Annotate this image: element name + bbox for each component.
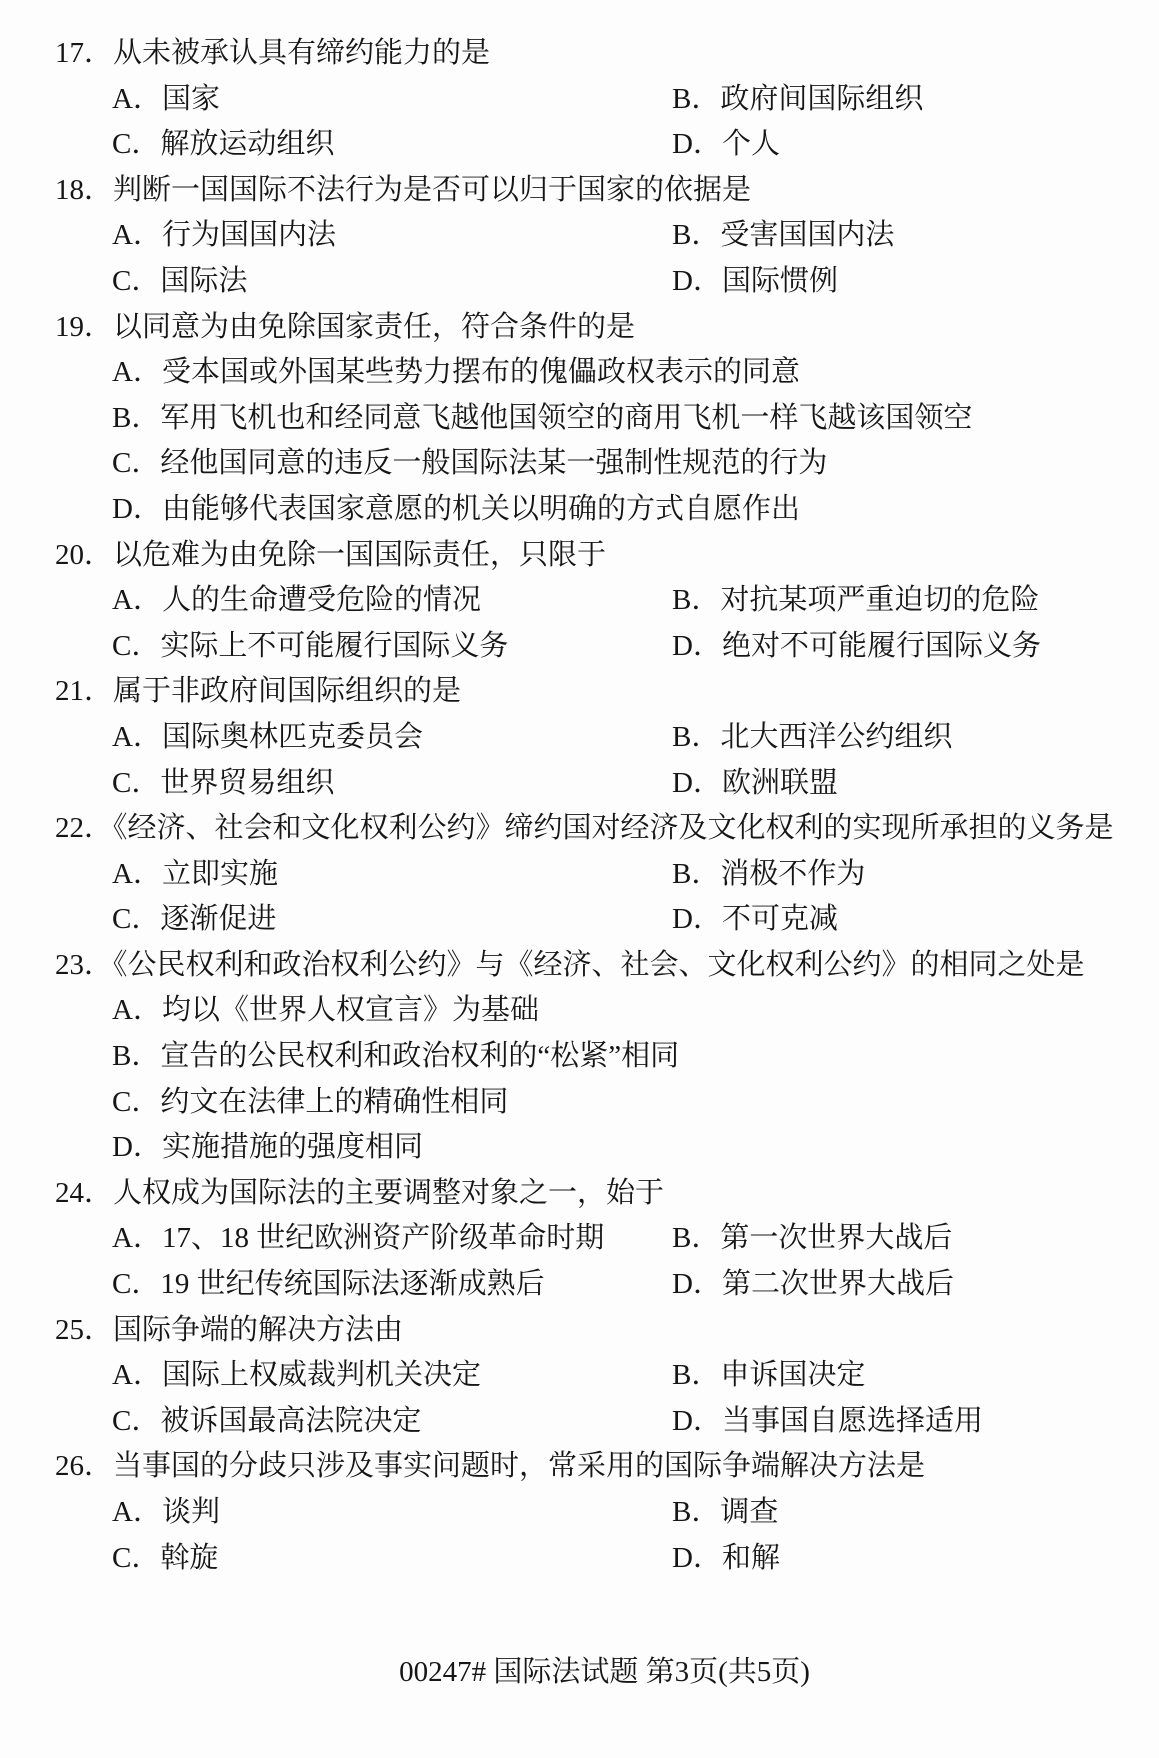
option-c: C．被诉国最高法院决定 bbox=[112, 1399, 672, 1445]
options-list: A．受本国或外国某些势力摆布的傀儡政权表示的同意 B．军用飞机也和经同意飞越他国… bbox=[0, 350, 1159, 532]
option-label: A． bbox=[112, 994, 162, 1026]
question-stem: 23．《公民权利和政治权利公约》与《经济、社会、文化权利公约》的相同之处是 bbox=[0, 943, 1159, 989]
option-label: D． bbox=[672, 767, 722, 799]
option-text: 17、18 世纪欧洲资产阶级革命时期 bbox=[162, 1222, 604, 1254]
option-text: 申诉国决定 bbox=[720, 1359, 865, 1391]
option-label: C． bbox=[112, 1405, 160, 1437]
question-number: 17． bbox=[55, 37, 113, 69]
option-label: D． bbox=[112, 1131, 162, 1163]
option-text: 军用飞机也和经同意飞越他国领空的商用飞机一样飞越该国领空 bbox=[160, 402, 972, 434]
question-text: 以同意为由免除国家责任，符合条件的是 bbox=[113, 311, 635, 343]
footer-text: 00247# 国际法试题 第3页(共5页) bbox=[399, 1656, 810, 1688]
question-17: 17．从未被承认具有缔约能力的是 A．国家 B．政府间国际组织 C．解放运动组织… bbox=[0, 31, 1159, 168]
option-text: 斡旋 bbox=[160, 1542, 218, 1574]
options-grid: A．谈判 B．调查 C．斡旋 D．和解 bbox=[0, 1490, 1159, 1581]
option-label: A． bbox=[112, 83, 162, 115]
question-number: 22． bbox=[55, 812, 113, 844]
option-d: D．实施措施的强度相同 bbox=[112, 1125, 1119, 1171]
option-b: B．军用飞机也和经同意飞越他国领空的商用飞机一样飞越该国领空 bbox=[112, 396, 1119, 442]
option-text: 当事国自愿选择适用 bbox=[722, 1405, 983, 1437]
question-21: 21．属于非政府间国际组织的是 A．国际奥林匹克委员会 B．北大西洋公约组织 C… bbox=[0, 669, 1159, 806]
option-text: 欧洲联盟 bbox=[722, 767, 838, 799]
question-number: 23． bbox=[55, 949, 113, 981]
question-list: 17．从未被承认具有缔约能力的是 A．国家 B．政府间国际组织 C．解放运动组织… bbox=[0, 0, 1159, 1581]
option-label: C． bbox=[112, 1542, 160, 1574]
option-text: 世界贸易组织 bbox=[160, 767, 334, 799]
option-label: C． bbox=[112, 903, 160, 935]
option-c: C．解放运动组织 bbox=[112, 122, 672, 168]
option-label: D． bbox=[672, 128, 722, 160]
question-text: 当事国的分歧只涉及事实问题时，常采用的国际争端解决方法是 bbox=[113, 1450, 925, 1482]
option-text: 宣告的公民权利和政治权利的“松紧”相同 bbox=[160, 1040, 679, 1072]
option-text: 国际惯例 bbox=[722, 265, 838, 297]
options-list: A．均以《世界人权宣言》为基础 B．宣告的公民权利和政治权利的“松紧”相同 C．… bbox=[0, 988, 1159, 1170]
question-stem: 20．以危难为由免除一国国际责任，只限于 bbox=[0, 533, 1159, 579]
question-text: 《经济、社会和文化权利公约》缔约国对经济及文化权利的实现所承担的义务是 bbox=[113, 812, 1114, 844]
option-label: B． bbox=[112, 1040, 160, 1072]
question-stem: 24．人权成为国际法的主要调整对象之一，始于 bbox=[0, 1171, 1159, 1217]
option-label: D． bbox=[672, 903, 722, 935]
option-label: B． bbox=[672, 83, 720, 115]
option-label: C． bbox=[112, 1268, 160, 1300]
option-d: D．欧洲联盟 bbox=[672, 761, 1119, 807]
question-text: 人权成为国际法的主要调整对象之一，始于 bbox=[113, 1177, 664, 1209]
option-a: A．均以《世界人权宣言》为基础 bbox=[112, 988, 1119, 1034]
option-label: C． bbox=[112, 447, 160, 479]
option-c: C．实际上不可能履行国际义务 bbox=[112, 624, 672, 670]
option-text: 实际上不可能履行国际义务 bbox=[160, 630, 508, 662]
option-text: 国家 bbox=[162, 83, 220, 115]
option-text: 国际奥林匹克委员会 bbox=[162, 721, 423, 753]
question-26: 26．当事国的分歧只涉及事实问题时，常采用的国际争端解决方法是 A．谈判 B．调… bbox=[0, 1444, 1159, 1581]
option-text: 约文在法律上的精确性相同 bbox=[160, 1086, 508, 1118]
question-text: 属于非政府间国际组织的是 bbox=[113, 675, 461, 707]
question-number: 20． bbox=[55, 539, 113, 571]
question-stem: 26．当事国的分歧只涉及事实问题时，常采用的国际争端解决方法是 bbox=[0, 1444, 1159, 1490]
option-text: 北大西洋公约组织 bbox=[720, 721, 952, 753]
option-text: 消极不作为 bbox=[720, 858, 865, 890]
option-text: 逐渐促进 bbox=[160, 903, 276, 935]
option-b: B．对抗某项严重迫切的危险 bbox=[672, 578, 1119, 624]
question-stem: 17．从未被承认具有缔约能力的是 bbox=[0, 31, 1159, 77]
option-text: 不可克减 bbox=[722, 903, 838, 935]
option-text: 均以《世界人权宣言》为基础 bbox=[162, 994, 539, 1026]
option-a: A．国际奥林匹克委员会 bbox=[112, 715, 672, 761]
option-text: 调查 bbox=[720, 1496, 778, 1528]
option-label: B． bbox=[672, 1222, 720, 1254]
options-grid: A．立即实施 B．消极不作为 C．逐渐促进 D．不可克减 bbox=[0, 852, 1159, 943]
question-number: 25． bbox=[55, 1314, 113, 1346]
option-a: A．受本国或外国某些势力摆布的傀儡政权表示的同意 bbox=[112, 350, 1119, 396]
question-20: 20．以危难为由免除一国国际责任，只限于 A．人的生命遭受危险的情况 B．对抗某… bbox=[0, 533, 1159, 670]
question-22: 22．《经济、社会和文化权利公约》缔约国对经济及文化权利的实现所承担的义务是 A… bbox=[0, 806, 1159, 943]
question-number: 19． bbox=[55, 311, 113, 343]
option-label: A． bbox=[112, 219, 162, 251]
option-c: C．国际法 bbox=[112, 259, 672, 305]
options-grid: A．17、18 世纪欧洲资产阶级革命时期 B．第一次世界大战后 C．19 世纪传… bbox=[0, 1216, 1159, 1307]
option-d: D．不可克减 bbox=[672, 897, 1119, 943]
option-label: C． bbox=[112, 630, 160, 662]
option-label: A． bbox=[112, 858, 162, 890]
question-number: 26． bbox=[55, 1450, 113, 1482]
option-a: A．17、18 世纪欧洲资产阶级革命时期 bbox=[112, 1216, 672, 1262]
option-label: D． bbox=[672, 1405, 722, 1437]
option-label: B． bbox=[672, 584, 720, 616]
option-b: B．申诉国决定 bbox=[672, 1353, 1119, 1399]
options-grid: A．行为国国内法 B．受害国国内法 C．国际法 D．国际惯例 bbox=[0, 213, 1159, 304]
option-a: A．行为国国内法 bbox=[112, 213, 672, 259]
option-label: B． bbox=[112, 402, 160, 434]
option-d: D．绝对不可能履行国际义务 bbox=[672, 624, 1119, 670]
option-text: 解放运动组织 bbox=[160, 128, 334, 160]
option-a: A．谈判 bbox=[112, 1490, 672, 1536]
option-text: 人的生命遭受危险的情况 bbox=[162, 584, 481, 616]
option-label: B． bbox=[672, 1496, 720, 1528]
option-text: 绝对不可能履行国际义务 bbox=[722, 630, 1041, 662]
question-number: 18． bbox=[55, 174, 113, 206]
question-number: 24． bbox=[55, 1177, 113, 1209]
option-label: A． bbox=[112, 1496, 162, 1528]
option-label: C． bbox=[112, 767, 160, 799]
option-b: B．政府间国际组织 bbox=[672, 77, 1119, 123]
option-text: 由能够代表国家意愿的机关以明确的方式自愿作出 bbox=[162, 493, 800, 525]
option-label: B． bbox=[672, 721, 720, 753]
option-a: A．人的生命遭受危险的情况 bbox=[112, 578, 672, 624]
option-text: 受害国国内法 bbox=[720, 219, 894, 251]
exam-page: 17．从未被承认具有缔约能力的是 A．国家 B．政府间国际组织 C．解放运动组织… bbox=[0, 0, 1159, 1758]
option-text: 19 世纪传统国际法逐渐成熟后 bbox=[160, 1268, 544, 1300]
options-grid: A．国际上权威裁判机关决定 B．申诉国决定 C．被诉国最高法院决定 D．当事国自… bbox=[0, 1353, 1159, 1444]
option-text: 个人 bbox=[722, 128, 780, 160]
option-label: A． bbox=[112, 1359, 162, 1391]
option-a: A．立即实施 bbox=[112, 852, 672, 898]
question-stem: 21．属于非政府间国际组织的是 bbox=[0, 669, 1159, 715]
option-b: B．消极不作为 bbox=[672, 852, 1119, 898]
option-label: B． bbox=[672, 858, 720, 890]
option-b: B．受害国国内法 bbox=[672, 213, 1119, 259]
option-c: C．斡旋 bbox=[112, 1536, 672, 1582]
question-stem: 19．以同意为由免除国家责任，符合条件的是 bbox=[0, 305, 1159, 351]
option-text: 受本国或外国某些势力摆布的傀儡政权表示的同意 bbox=[162, 356, 800, 388]
option-label: A． bbox=[112, 721, 162, 753]
option-c: C．经他国同意的违反一般国际法某一强制性规范的行为 bbox=[112, 441, 1119, 487]
option-d: D．第二次世界大战后 bbox=[672, 1262, 1119, 1308]
option-label: D． bbox=[672, 1268, 722, 1300]
question-25: 25．国际争端的解决方法由 A．国际上权威裁判机关决定 B．申诉国决定 C．被诉… bbox=[0, 1308, 1159, 1445]
options-grid: A．人的生命遭受危险的情况 B．对抗某项严重迫切的危险 C．实际上不可能履行国际… bbox=[0, 578, 1159, 669]
option-text: 经他国同意的违反一般国际法某一强制性规范的行为 bbox=[160, 447, 827, 479]
question-text: 国际争端的解决方法由 bbox=[113, 1314, 403, 1346]
option-b: B．宣告的公民权利和政治权利的“松紧”相同 bbox=[112, 1034, 1119, 1080]
options-grid: A．国家 B．政府间国际组织 C．解放运动组织 D．个人 bbox=[0, 77, 1159, 168]
question-stem: 22．《经济、社会和文化权利公约》缔约国对经济及文化权利的实现所承担的义务是 bbox=[0, 806, 1159, 852]
option-text: 政府间国际组织 bbox=[720, 83, 923, 115]
option-b: B．第一次世界大战后 bbox=[672, 1216, 1119, 1262]
option-text: 第一次世界大战后 bbox=[720, 1222, 952, 1254]
option-b: B．北大西洋公约组织 bbox=[672, 715, 1119, 761]
option-label: A． bbox=[112, 356, 162, 388]
option-c: C．19 世纪传统国际法逐渐成熟后 bbox=[112, 1262, 672, 1308]
option-label: A． bbox=[112, 1222, 162, 1254]
question-18: 18．判断一国国际不法行为是否可以归于国家的依据是 A．行为国国内法 B．受害国… bbox=[0, 168, 1159, 305]
option-text: 和解 bbox=[722, 1542, 780, 1574]
question-text: 从未被承认具有缔约能力的是 bbox=[113, 37, 490, 69]
question-19: 19．以同意为由免除国家责任，符合条件的是 A．受本国或外国某些势力摆布的傀儡政… bbox=[0, 305, 1159, 533]
option-label: C． bbox=[112, 265, 160, 297]
options-grid: A．国际奥林匹克委员会 B．北大西洋公约组织 C．世界贸易组织 D．欧洲联盟 bbox=[0, 715, 1159, 806]
option-c: C．约文在法律上的精确性相同 bbox=[112, 1080, 1119, 1126]
question-text: 《公民权利和政治权利公约》与《经济、社会、文化权利公约》的相同之处是 bbox=[113, 949, 1085, 981]
option-text: 国际上权威裁判机关决定 bbox=[162, 1359, 481, 1391]
option-text: 第二次世界大战后 bbox=[722, 1268, 954, 1300]
option-a: A．国家 bbox=[112, 77, 672, 123]
option-label: D． bbox=[672, 630, 722, 662]
option-label: D． bbox=[672, 1542, 722, 1574]
question-number: 21． bbox=[55, 675, 113, 707]
option-c: C．逐渐促进 bbox=[112, 897, 672, 943]
question-23: 23．《公民权利和政治权利公约》与《经济、社会、文化权利公约》的相同之处是 A．… bbox=[0, 943, 1159, 1171]
option-text: 被诉国最高法院决定 bbox=[160, 1405, 421, 1437]
page-footer: 00247# 国际法试题 第3页(共5页) bbox=[0, 1650, 1159, 1696]
option-text: 实施措施的强度相同 bbox=[162, 1131, 423, 1163]
option-label: B． bbox=[672, 219, 720, 251]
question-text: 以危难为由免除一国国际责任，只限于 bbox=[113, 539, 606, 571]
question-stem: 25．国际争端的解决方法由 bbox=[0, 1308, 1159, 1354]
option-label: D． bbox=[112, 493, 162, 525]
option-label: A． bbox=[112, 584, 162, 616]
option-b: B．调查 bbox=[672, 1490, 1119, 1536]
option-d: D．当事国自愿选择适用 bbox=[672, 1399, 1119, 1445]
option-c: C．世界贸易组织 bbox=[112, 761, 672, 807]
option-text: 行为国国内法 bbox=[162, 219, 336, 251]
question-stem: 18．判断一国国际不法行为是否可以归于国家的依据是 bbox=[0, 168, 1159, 214]
option-text: 谈判 bbox=[162, 1496, 220, 1528]
option-d: D．个人 bbox=[672, 122, 1119, 168]
option-text: 国际法 bbox=[160, 265, 247, 297]
option-label: C． bbox=[112, 1086, 160, 1118]
option-a: A．国际上权威裁判机关决定 bbox=[112, 1353, 672, 1399]
question-text: 判断一国国际不法行为是否可以归于国家的依据是 bbox=[113, 174, 751, 206]
option-label: C． bbox=[112, 128, 160, 160]
option-text: 对抗某项严重迫切的危险 bbox=[720, 584, 1039, 616]
option-label: D． bbox=[672, 265, 722, 297]
question-24: 24．人权成为国际法的主要调整对象之一，始于 A．17、18 世纪欧洲资产阶级革… bbox=[0, 1171, 1159, 1308]
option-d: D．国际惯例 bbox=[672, 259, 1119, 305]
option-d: D．和解 bbox=[672, 1536, 1119, 1582]
option-text: 立即实施 bbox=[162, 858, 278, 890]
option-d: D．由能够代表国家意愿的机关以明确的方式自愿作出 bbox=[112, 487, 1119, 533]
option-label: B． bbox=[672, 1359, 720, 1391]
